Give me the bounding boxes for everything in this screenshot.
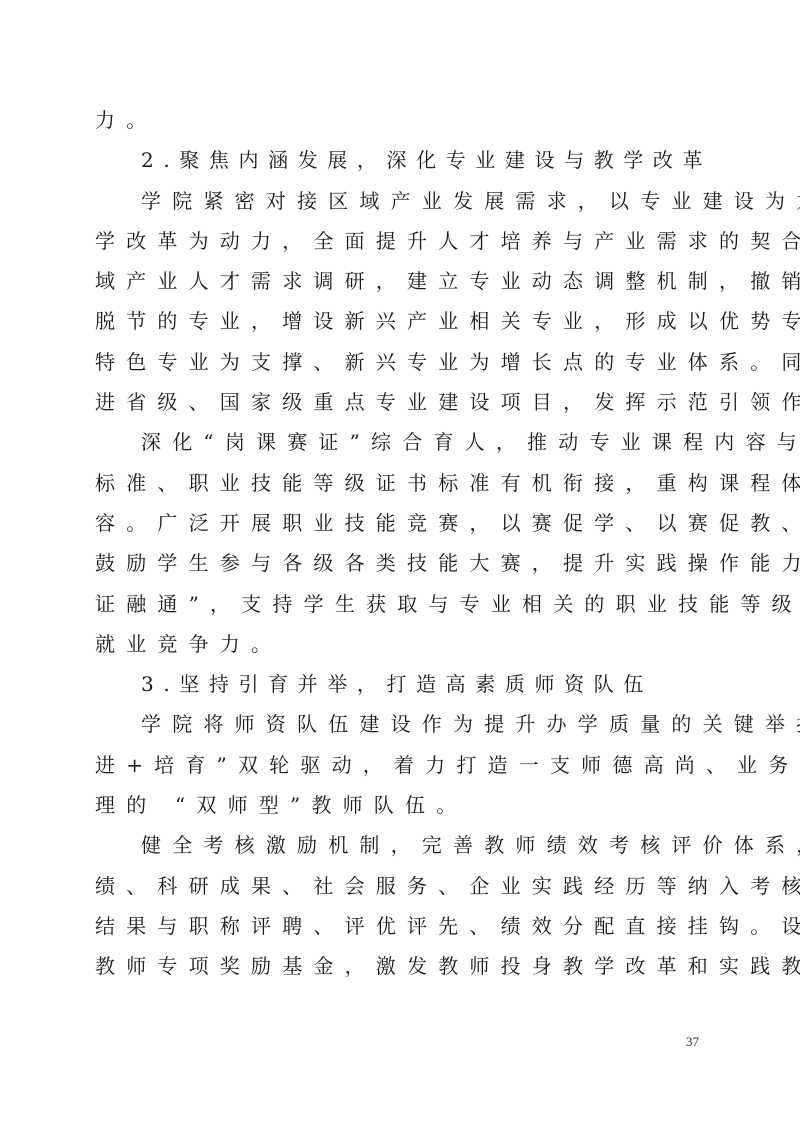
- text-line: 鼓励学生参与各级各类技能大赛，提升实践操作能力。落实“书: [95, 543, 707, 583]
- text-line: 域产业人才需求调研，建立专业动态调整机制，撤销与产业需求: [95, 261, 707, 301]
- document-page: 力。 2.聚焦内涵发展，深化专业建设与教学改革 学院紧密对接区域产业发展需求，以…: [0, 0, 800, 1132]
- text-line: 脱节的专业，增设新兴产业相关专业，形成以优势专业为核心、: [95, 301, 707, 341]
- text-line-continuation: 力。: [95, 100, 707, 140]
- text-line: 进省级、国家级重点专业建设项目，发挥示范引领作用。: [95, 382, 707, 422]
- text-line: 进+培育”双轮驱动，着力打造一支师德高尚、业务精湛、结构合: [95, 745, 707, 785]
- text-line: 学改革为动力，全面提升人才培养与产业需求的契合度。开展区: [95, 221, 707, 261]
- paragraph-start: 深化“岗课赛证”综合育人，推动专业课程内容与职业岗位: [95, 422, 707, 462]
- text-line: 绩、科研成果、社会服务、企业实践经历等纳入考核指标，考核: [95, 866, 707, 906]
- text-line: 教师专项奖励基金，激发教师投身教学改革和实践教学的积极性。: [95, 946, 707, 986]
- text-line: 就业竞争力。: [95, 624, 707, 664]
- text-line: 标准、职业技能等级证书标准有机衔接，重构课程体系和教学内: [95, 463, 707, 503]
- text-line: 结果与职称评聘、评优评先、绩效分配直接挂钩。设立“双师型”: [95, 906, 707, 946]
- text-line: 特色专业为支撑、新兴专业为增长点的专业体系。同时，积极推: [95, 342, 707, 382]
- text-line: 理的 “双师型”教师队伍。: [95, 785, 707, 825]
- section-heading-3: 3.坚持引育并举，打造高素质师资队伍: [95, 664, 707, 704]
- paragraph-start: 健全考核激励机制，完善教师绩效考核评价体系，将教学业: [95, 825, 707, 865]
- section-heading-2: 2.聚焦内涵发展，深化专业建设与教学改革: [95, 140, 707, 180]
- paragraph-start: 学院将师资队伍建设作为提升办学质量的关键举措，通过“引: [95, 704, 707, 744]
- page-number: 37: [686, 1034, 699, 1050]
- document-body: 力。 2.聚焦内涵发展，深化专业建设与教学改革 学院紧密对接区域产业发展需求，以…: [95, 100, 707, 987]
- text-line: 证融通”，支持学生获取与专业相关的职业技能等级证书，增强: [95, 584, 707, 624]
- paragraph-start: 学院紧密对接区域产业发展需求，以专业建设为龙头，以教: [95, 181, 707, 221]
- text-line: 容。广泛开展职业技能竞赛，以赛促学、以赛促教、以赛促改，: [95, 503, 707, 543]
